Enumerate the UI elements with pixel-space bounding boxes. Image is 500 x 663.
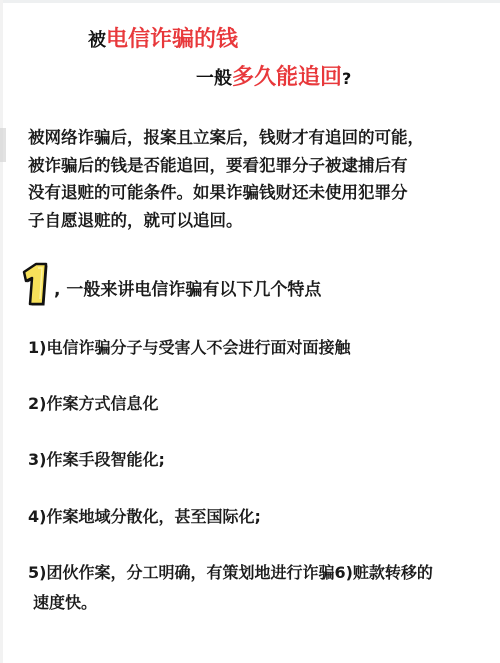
title-line-2: 一般多久能追回? bbox=[196, 60, 351, 91]
subtitle-highlight: 多久能追回 bbox=[232, 65, 342, 90]
list-item: 4)作案地域分散化，甚至国际化; bbox=[28, 504, 261, 527]
section-heading: , 一般来讲电信诈骗有以下几个特点 bbox=[16, 259, 321, 309]
number-one-icon bbox=[16, 261, 50, 307]
left-edge bbox=[0, 0, 3, 663]
section-title: , 一般来讲电信诈骗有以下几个特点 bbox=[54, 275, 321, 300]
intro-line: 没有退赃的可能条件。如果诈骗钱财还未使用犯罪分 bbox=[28, 179, 483, 207]
intro-line: 被网络诈骗后，报案且立案后，钱财才有追回的可能， bbox=[28, 124, 483, 152]
title-prefix: 被 bbox=[88, 30, 106, 51]
list-item: 1)电信诈骗分子与受害人不会进行面对面接触 bbox=[28, 335, 350, 358]
intro-line: 被诈骗后的钱是否能追回，要看犯罪分子被逮捕后有 bbox=[28, 152, 483, 180]
top-strip bbox=[0, 0, 500, 3]
list-item: 5)团伙作案，分工明确，有策划地进行诈骗6)赃款转移的 bbox=[28, 560, 433, 583]
intro-paragraph: 被网络诈骗后，报案且立案后，钱财才有追回的可能， 被诈骗后的钱是否能追回，要看犯… bbox=[28, 124, 483, 234]
list-item-continuation: 速度快。 bbox=[33, 590, 97, 613]
subtitle-question-mark: ? bbox=[342, 69, 351, 88]
intro-line: 子自愿退赃的，就可以追回。 bbox=[28, 207, 483, 235]
list-item: 2)作案方式信息化 bbox=[28, 391, 158, 414]
edge-smudge bbox=[0, 128, 6, 162]
subtitle-prefix: 一般 bbox=[196, 68, 232, 89]
title-highlight: 电信诈骗的钱 bbox=[106, 27, 238, 52]
title-line-1: 被电信诈骗的钱 bbox=[88, 22, 238, 53]
list-item: 3)作案手段智能化; bbox=[28, 447, 165, 470]
